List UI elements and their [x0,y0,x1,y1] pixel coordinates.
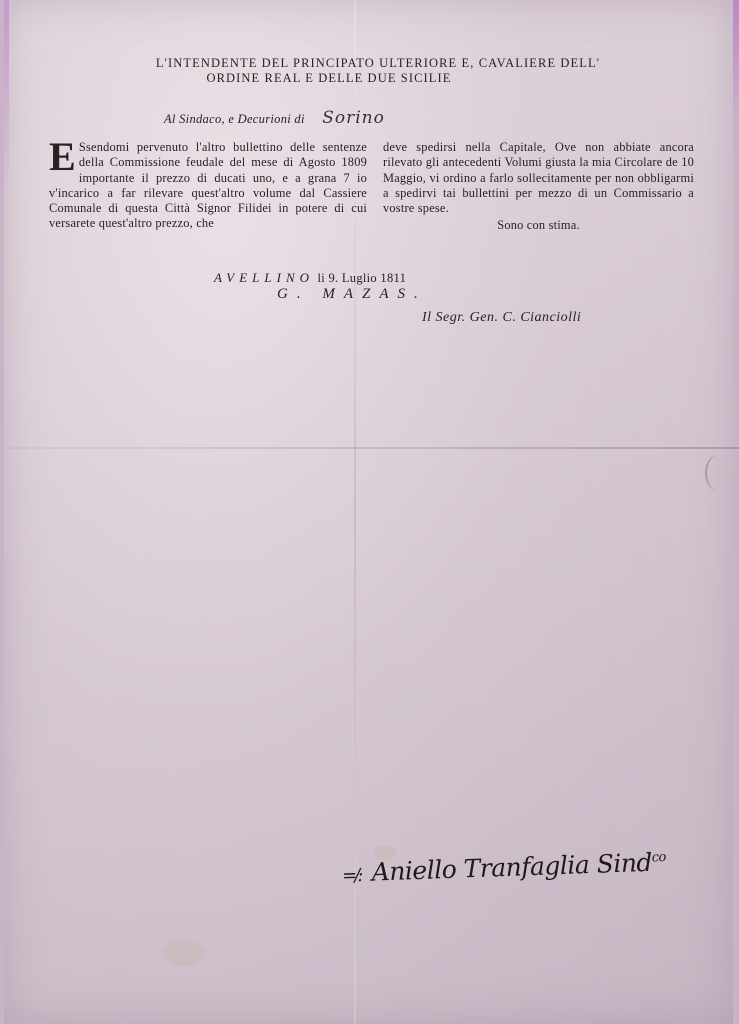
place-date: AVELLINO li 9. Luglio 1811 [214,270,406,286]
horizontal-fold-line [4,447,739,449]
paper-stain [164,940,204,966]
body-left-text: Ssendomi pervenuto l'altro bullettino de… [49,140,367,232]
drop-cap: E [49,142,76,172]
body-right-text: deve spedirsi nella Capitale, Ove non ab… [383,140,694,216]
signer-name: G. MAZAS. [277,286,427,303]
closing-salutation: Sono con stima. [383,218,694,233]
addressee-prefix: Al Sindaco, e Decurioni di [164,112,305,126]
body-left-column: E Ssendomi pervenuto l'altro bullettino … [49,140,367,232]
secretary-signature: Il Segr. Gen. C. Cianciolli [422,310,581,326]
addressee-town-handwritten: Sorino [322,108,385,128]
signature-suffix: co [651,850,666,865]
signature-name: Aniello Tranfaglia Sind [371,848,652,887]
signature-marks: =/: [342,865,361,887]
paper-sheet: L'INTENDENTE DEL PRINCIPATO ULTERIORE E,… [4,0,733,1024]
document-header: L'INTENDENTE DEL PRINCIPATO ULTERIORE E,… [64,56,684,86]
header-line-2: ORDINE REAL E DELLE DUE SICILIE [0,71,684,86]
document-photo: L'INTENDENTE DEL PRINCIPATO ULTERIORE E,… [0,0,739,1024]
place: AVELLINO [214,270,314,285]
body-right-column: deve spedirsi nella Capitale, Ove non ab… [383,140,694,234]
addressee: Al Sindaco, e Decurioni di Sorino [164,108,385,128]
date: li 9. Luglio 1811 [317,271,406,285]
paper-edge [4,0,9,200]
paper-tear [705,455,731,491]
header-line-1: L'INTENDENTE DEL PRINCIPATO ULTERIORE E,… [64,56,684,71]
